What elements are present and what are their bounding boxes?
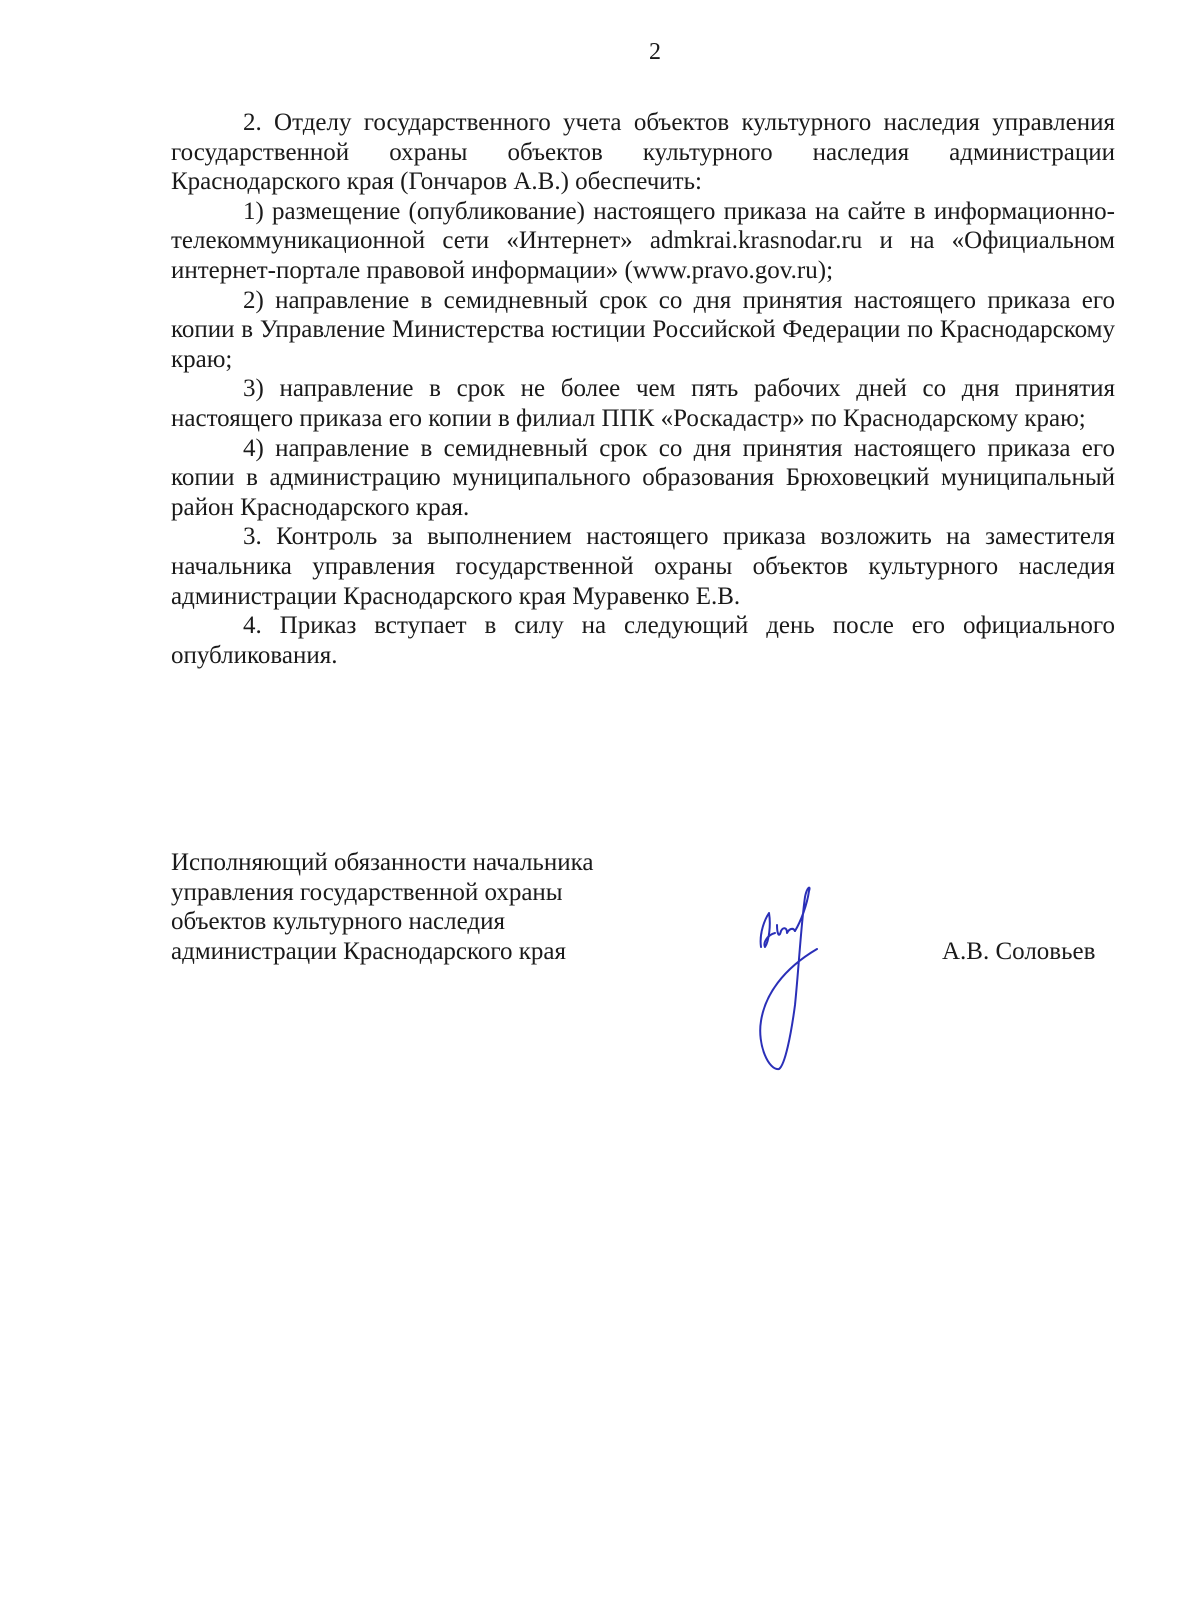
handwritten-signature-icon [755,885,855,1075]
signer-title-line: Исполняющий обязанности начальника [171,848,671,878]
signer-title: Исполняющий обязанности начальника управ… [171,848,671,966]
page-number: 2 [0,38,1200,66]
paragraph-subitem-4: 4) направление в семидневный срок со дня… [171,434,1115,523]
signer-title-line: управления государственной охраны [171,878,671,908]
signer-title-line: объектов культурного наследия [171,907,671,937]
paragraph-item-2: 2. Отделу государственного учета объекто… [171,108,1115,197]
paragraph-subitem-1: 1) размещение (опубликование) настоящего… [171,197,1115,286]
paragraph-item-4: 4. Приказ вступает в силу на следующий д… [171,611,1115,670]
paragraph-item-3: 3. Контроль за выполнением настоящего пр… [171,522,1115,611]
signer-title-line: администрации Краснодарского края [171,937,671,967]
paragraph-subitem-3: 3) направление в срок не более чем пять … [171,374,1115,433]
signer-name: А.В. Соловьев [942,937,1095,967]
document-body: 2. Отделу государственного учета объекто… [171,108,1115,670]
paragraph-subitem-2: 2) направление в семидневный срок со дня… [171,286,1115,375]
